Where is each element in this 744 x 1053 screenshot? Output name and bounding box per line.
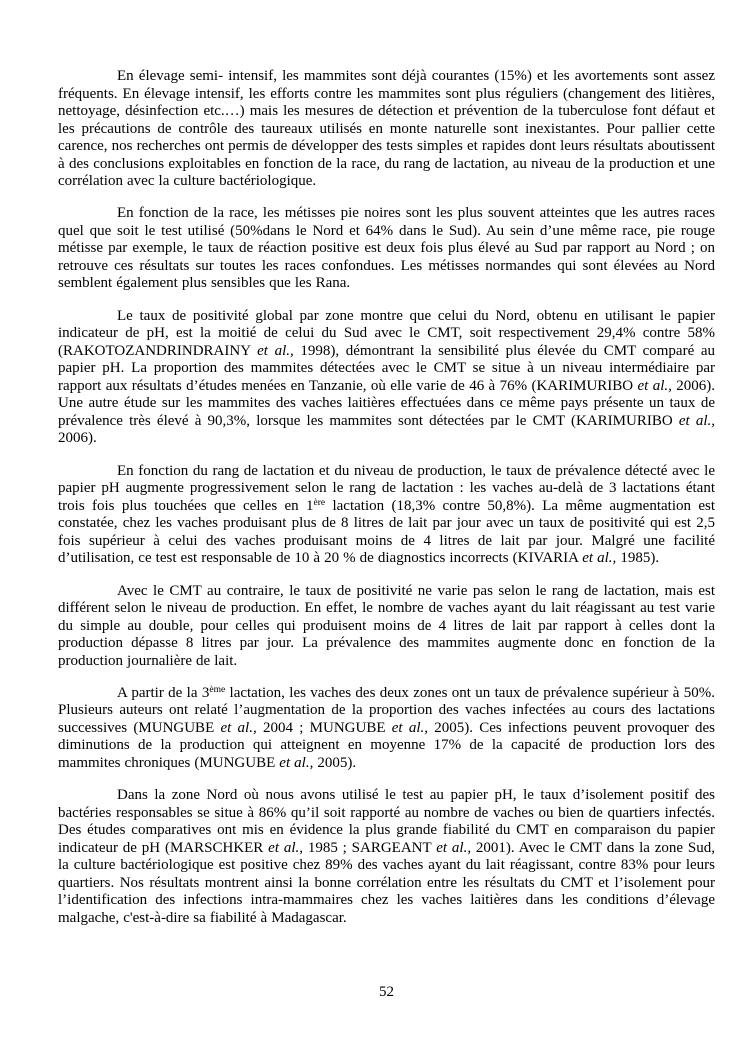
- italic-text-segment: et al.,: [582, 550, 616, 566]
- paragraph: En fonction du rang de lactation et du n…: [58, 463, 715, 568]
- paragraph: Le taux de positivité global par zone mo…: [58, 308, 715, 448]
- italic-text-segment: et al.,: [279, 755, 313, 771]
- italic-text-segment: et al.,: [257, 343, 294, 359]
- italic-text-segment: et al.,: [436, 840, 471, 856]
- text-segment: 1985).: [616, 550, 659, 566]
- paragraph: Dans la zone Nord où nous avons utilisé …: [58, 787, 715, 927]
- paragraph: Avec le CMT au contraire, le taux de pos…: [58, 583, 715, 671]
- superscript-text-segment: ème: [209, 685, 225, 695]
- text-segment: Avec le CMT au contraire, le taux de pos…: [58, 583, 715, 669]
- document-body: En élevage semi- intensif, les mammites …: [58, 68, 715, 942]
- paragraph: En élevage semi- intensif, les mammites …: [58, 68, 715, 191]
- paragraph: En fonction de la race, les métisses pie…: [58, 205, 715, 293]
- text-segment: 2005).: [313, 755, 356, 771]
- text-segment: 1985 ; SARGEANT: [303, 840, 436, 856]
- italic-text-segment: et al.,: [220, 720, 256, 736]
- superscript-text-segment: ère: [314, 498, 326, 508]
- italic-text-segment: et al.,: [268, 840, 303, 856]
- italic-text-segment: et al.,: [679, 413, 715, 429]
- italic-text-segment: et al.,: [638, 378, 672, 394]
- document-page: En élevage semi- intensif, les mammites …: [0, 0, 744, 1053]
- page-number: 52: [58, 984, 715, 1002]
- text-segment: En fonction de la race, les métisses pie…: [58, 205, 715, 291]
- text-segment: 2006).: [58, 430, 97, 446]
- text-segment: A partir de la 3: [117, 685, 209, 701]
- paragraph: A partir de la 3ème lactation, les vache…: [58, 685, 715, 773]
- text-segment: En élevage semi- intensif, les mammites …: [58, 68, 715, 189]
- text-segment: 2004 ; MUNGUBE: [257, 720, 392, 736]
- italic-text-segment: et al.,: [392, 720, 428, 736]
